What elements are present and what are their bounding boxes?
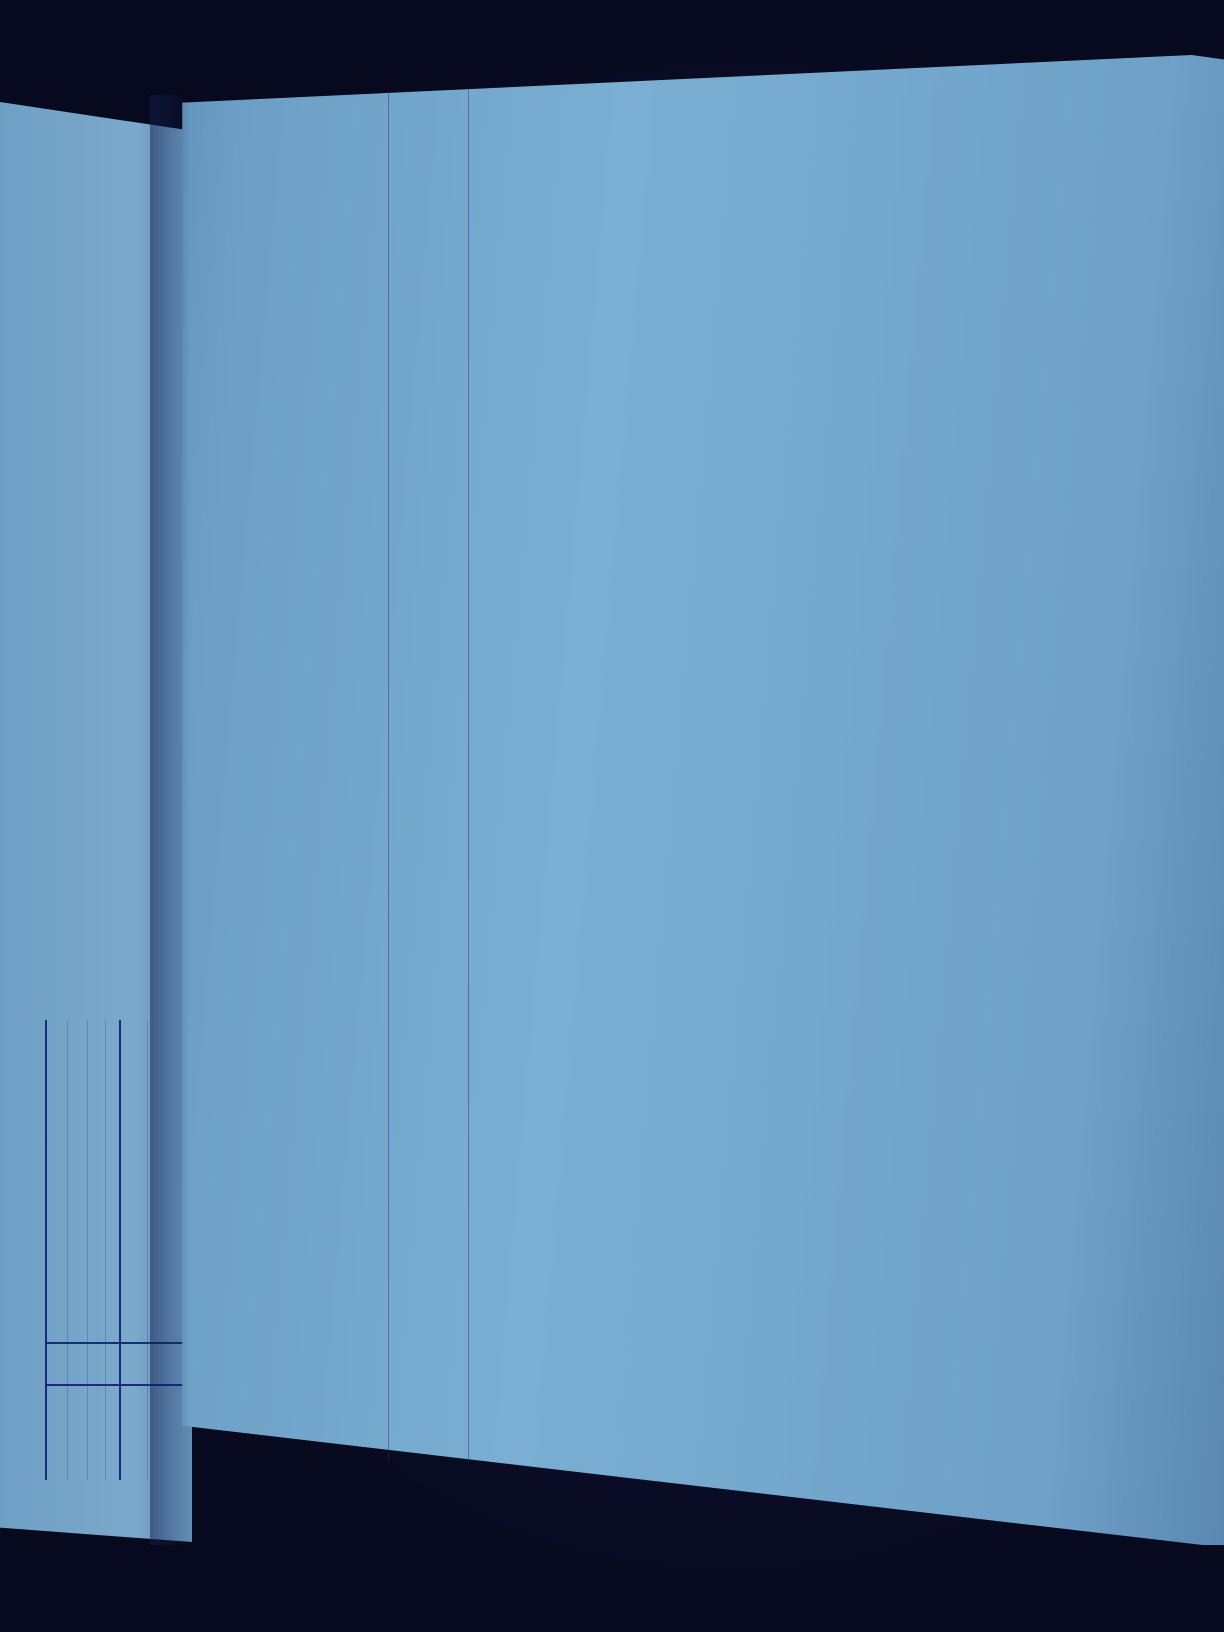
right-page [150, 55, 1224, 1545]
margin-line-outer [388, 90, 389, 1462]
margin-line-inner [468, 90, 469, 1462]
book-spine [150, 95, 190, 1545]
